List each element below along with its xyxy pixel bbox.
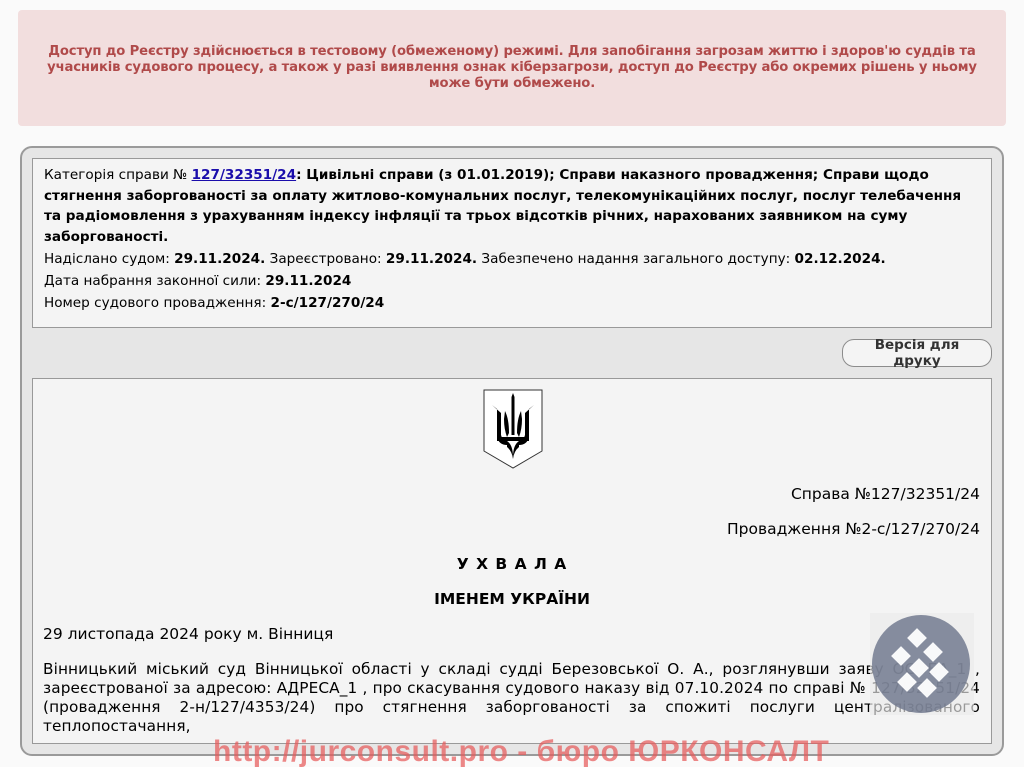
document-title: У Х В А Л А	[33, 555, 991, 573]
registered-date: 29.11.2024.	[386, 251, 477, 267]
public-access-label: Забезпечено надання загального доступу:	[477, 251, 794, 267]
public-access-date: 02.12.2024.	[795, 251, 886, 267]
proceeding-reference: Провадження №2-с/127/270/24	[727, 520, 980, 538]
decision-document: Справа №127/32351/24 Провадження №2-с/12…	[32, 378, 992, 744]
sent-label: Надіслано судом:	[44, 251, 174, 267]
proceeding-label: Номер судового провадження:	[44, 295, 271, 311]
effective-date: 29.11.2024	[265, 273, 351, 289]
effective-date-row: Дата набрання законної сили: 29.11.2024	[44, 271, 980, 292]
watermark-text: http://jurconsult.pro - бюро ЮРКОНСАЛТ	[213, 735, 829, 767]
case-reference: Справа №127/32351/24	[791, 485, 980, 503]
effective-label: Дата набрання законної сили:	[44, 273, 265, 289]
decision-paragraph: Вінницький міський суд Вінницької област…	[43, 660, 980, 736]
category-label: Категорія справи №	[44, 167, 192, 183]
proceeding-number-row: Номер судового провадження: 2-с/127/270/…	[44, 293, 980, 314]
accessibility-widget[interactable]	[870, 613, 974, 715]
document-subtitle: ІМЕНЕМ УКРАЇНИ	[33, 590, 991, 608]
case-number-link[interactable]: 127/32351/24	[192, 167, 297, 183]
registered-label: Зареєстровано:	[265, 251, 386, 267]
access-warning-alert: Доступ до Реєстру здійснюється в тестово…	[18, 10, 1006, 126]
print-version-button[interactable]: Версія для друку	[842, 339, 992, 367]
ukraine-trident-emblem-icon	[483, 389, 543, 469]
alert-text: Доступ до Реєстру здійснюється в тестово…	[34, 44, 990, 92]
case-category: Категорія справи № 127/32351/24: Цивільн…	[44, 165, 980, 247]
date-place: 29 листопада 2024 року м. Вінниця	[43, 625, 333, 643]
case-dates: Надіслано судом: 29.11.2024. Зареєстрова…	[44, 249, 980, 270]
proceeding-number: 2-с/127/270/24	[271, 295, 385, 311]
accessibility-puzzle-icon[interactable]	[872, 615, 970, 713]
sent-date: 29.11.2024.	[174, 251, 265, 267]
case-info-panel: Категорія справи № 127/32351/24: Цивільн…	[32, 158, 992, 328]
